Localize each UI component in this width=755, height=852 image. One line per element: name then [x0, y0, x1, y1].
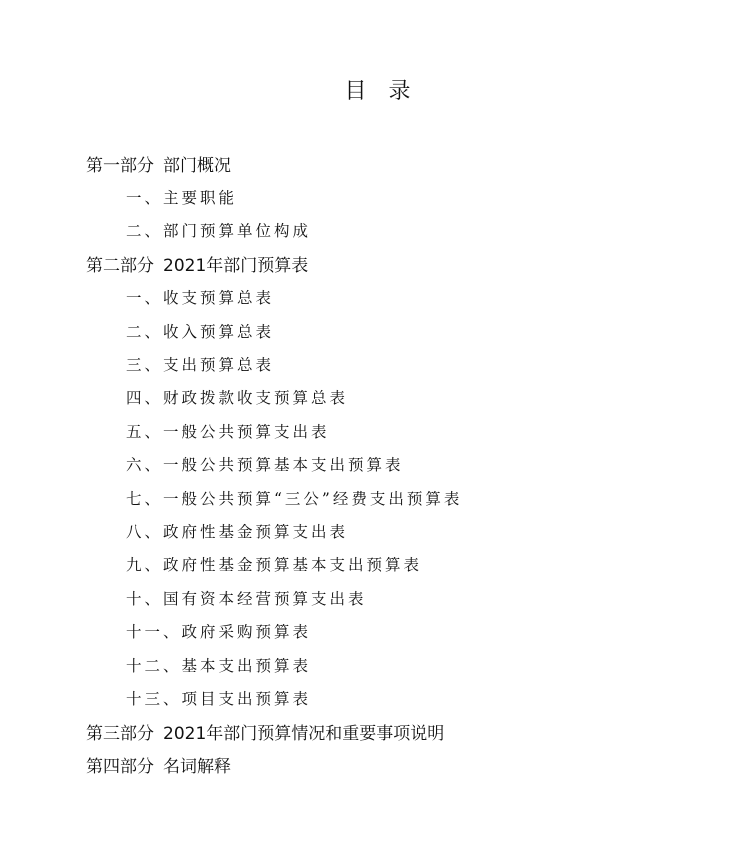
part-title: 2021年部门预算表	[163, 251, 308, 276]
part-title: 2021年部门预算情况和重要事项说明	[163, 719, 444, 744]
toc-item[interactable]: 七、一般公共预算“三公”经费支出预算表	[86, 481, 726, 514]
table-of-contents: 第一部分部门概况 一、主要职能 二、部门预算单位构成 第二部分2021年部门预算…	[86, 147, 726, 781]
part-label: 第三部分	[86, 719, 154, 744]
toc-part-4[interactable]: 第四部分名词解释	[86, 748, 726, 781]
toc-part-1[interactable]: 第一部分部门概况	[86, 147, 726, 180]
toc-item[interactable]: 十、国有资本经营预算支出表	[86, 581, 726, 614]
toc-item[interactable]: 二、收入预算总表	[86, 314, 726, 347]
toc-item[interactable]: 二、部门预算单位构成	[86, 214, 726, 247]
part-title: 部门概况	[163, 151, 231, 176]
toc-item[interactable]: 十三、项目支出预算表	[86, 681, 726, 714]
part-title: 名词解释	[163, 752, 231, 777]
toc-item[interactable]: 九、政府性基金预算基本支出预算表	[86, 548, 726, 581]
toc-item[interactable]: 十一、政府采购预算表	[86, 614, 726, 647]
toc-part-2[interactable]: 第二部分2021年部门预算表	[86, 247, 726, 280]
toc-item[interactable]: 十二、基本支出预算表	[86, 648, 726, 681]
page-title: 目录	[0, 74, 755, 105]
toc-item[interactable]: 一、收支预算总表	[86, 281, 726, 314]
part-label: 第二部分	[86, 251, 154, 276]
toc-item[interactable]: 六、一般公共预算基本支出预算表	[86, 448, 726, 481]
toc-item[interactable]: 一、主要职能	[86, 180, 726, 213]
toc-item[interactable]: 三、支出预算总表	[86, 347, 726, 380]
part-label: 第一部分	[86, 151, 154, 176]
toc-item[interactable]: 八、政府性基金预算支出表	[86, 514, 726, 547]
toc-part-3[interactable]: 第三部分2021年部门预算情况和重要事项说明	[86, 715, 726, 748]
toc-item[interactable]: 四、财政拨款收支预算总表	[86, 381, 726, 414]
toc-item[interactable]: 五、一般公共预算支出表	[86, 414, 726, 447]
part-label: 第四部分	[86, 752, 154, 777]
